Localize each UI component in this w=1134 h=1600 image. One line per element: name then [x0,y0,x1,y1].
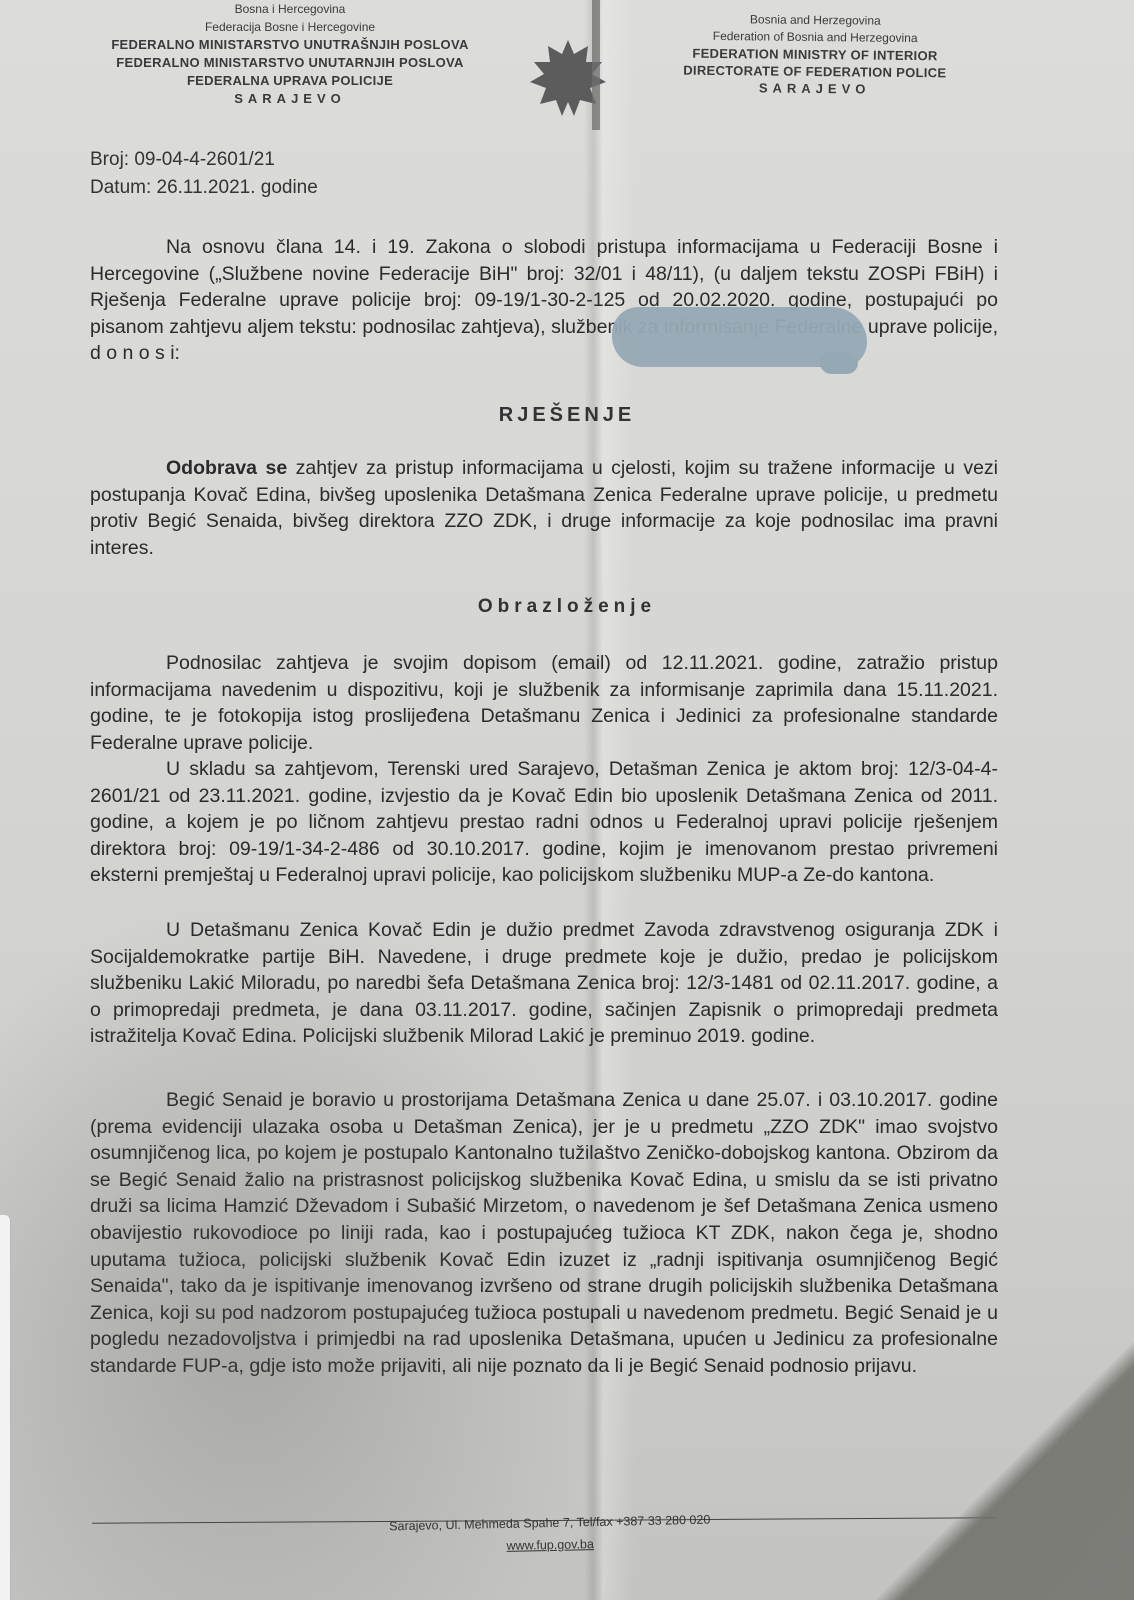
paper-fold-shadow [592,0,600,130]
letterhead-ministry-1: FEDERALNO MINISTARSTVO UNUTRAŠNJIH POSLO… [70,36,510,54]
reasoning-title: Obrazloženje [0,596,1134,618]
letterhead-local: Bosna i Hercegovina Federacija Bosne i H… [70,0,510,108]
reasoning-paragraph-4: Begić Senaid je boravio u prostorijama D… [90,1087,998,1380]
letterhead-ministry-2: FEDERALNO MINISTARSTVO UNUTARNJIH POSLOV… [70,54,510,72]
letterhead-directorate-en: DIRECTORATE OF FEDERATION POLICE [650,61,980,81]
footer-website-link[interactable]: www.fup.gov.ba [506,1537,594,1553]
letterhead-english: Bosnia and Herzegovina Federation of Bos… [650,10,981,98]
underlying-page-edge [0,1215,11,1600]
document-number: Broj: 09-04-4-2601/21 [90,146,318,174]
letterhead-directorate: FEDERALNA UPRAVA POLICIJE [70,72,510,90]
letterhead-federation: Federacija Bosne i Hercegovine [70,18,510,36]
document-page: Bosna i Hercegovina Federacija Bosne i H… [0,0,1134,1600]
footer: Sarajevo, Ul. Mehmeda Spahe 7, Tel/fax +… [300,1507,801,1561]
redaction-mark-secondary [820,352,858,374]
letterhead-city: SARAJEVO [70,90,510,108]
letterhead-country: Bosna i Hercegovina [70,0,510,18]
reasoning-paragraph-1: Podnosilac zahtjeva je svojim dopisom (e… [90,650,998,756]
reasoning-paragraph-2: U skladu sa zahtjevom, Terenski ured Sar… [90,756,998,889]
letterhead-city-en: SARAJEVO [650,78,980,98]
reasoning-paragraph-3: U Detašmanu Zenica Kovač Edin je dužio p… [90,917,998,1050]
document-meta: Broj: 09-04-4-2601/21 Datum: 26.11.2021.… [90,146,318,202]
decision-title: RJEŠENJE [0,404,1134,427]
document-date: Datum: 26.11.2021. godine [90,174,318,202]
decision-lead: Odobrava se [166,457,287,479]
decision-paragraph: Odobrava se zahtjev za pristup informaci… [90,455,998,561]
